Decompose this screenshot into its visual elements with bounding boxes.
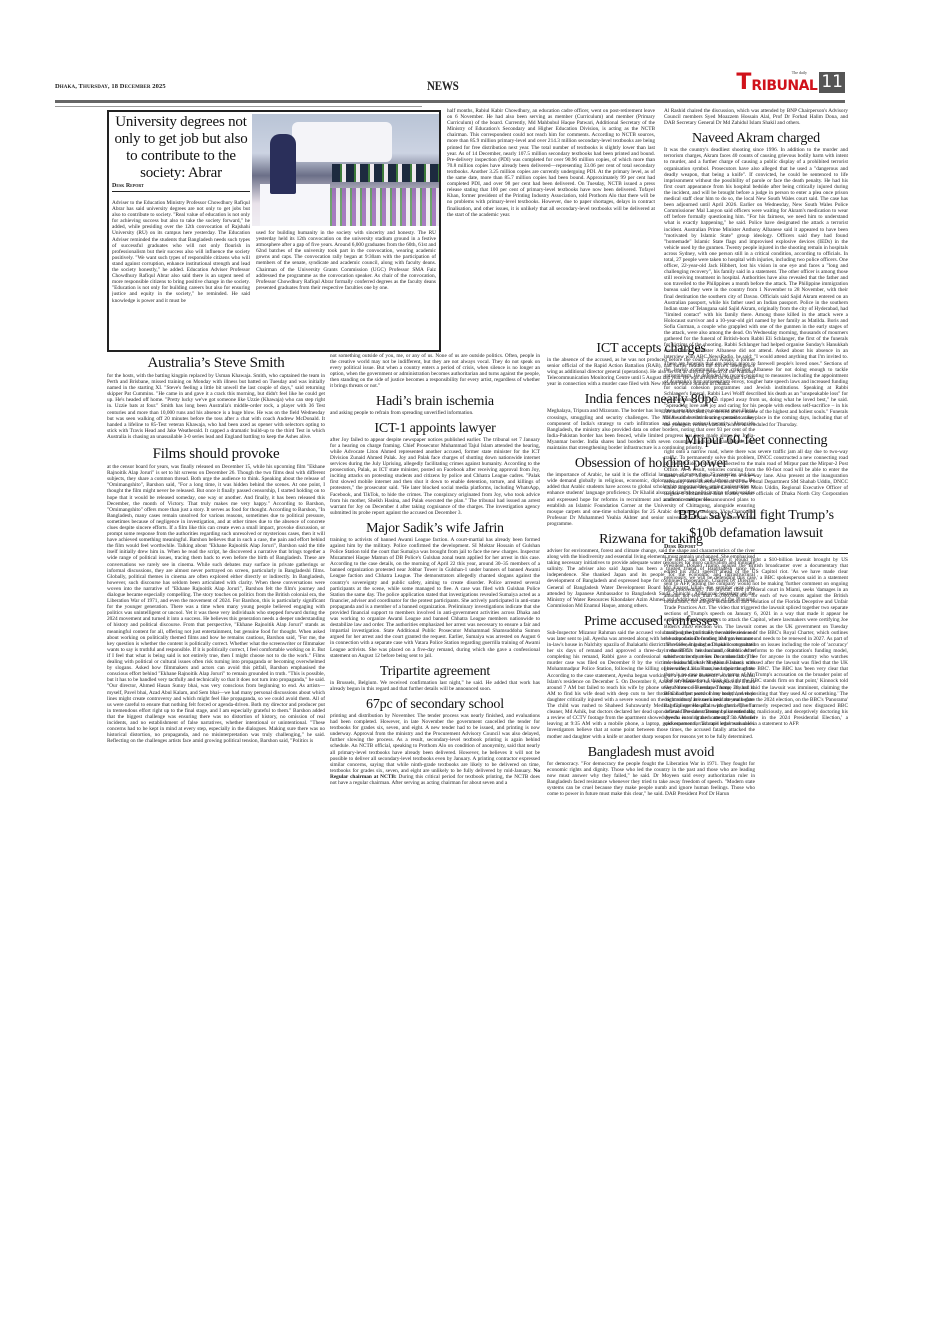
headline-bbc: BBC says will fight Trump’s $10b defamat… xyxy=(664,507,848,543)
body-nctb-continued: half months, Rabiul Kabir Chowdhury, an … xyxy=(447,108,655,218)
page-number: 11 xyxy=(819,72,845,93)
body-films: at the censor board for years, was final… xyxy=(107,464,325,744)
feature-body-right: used for building humanity in the societ… xyxy=(256,230,436,345)
issue-date: Dhaka, Thursday, 18 December 2025 xyxy=(55,83,166,90)
feature-headline: University degrees not only to get job b… xyxy=(112,114,250,182)
feature-body-left: Adviser to the Education Ministry Profes… xyxy=(112,200,250,345)
column-1: Australia’s Steve Smith for the hosts, w… xyxy=(107,353,325,1148)
article-naveed: Naveed Akram charged It was the country'… xyxy=(664,130,848,427)
convocation-photo xyxy=(252,114,439,226)
feature-article: University degrees not only to get job b… xyxy=(107,110,441,352)
logo-wordmark: RIBUNAL xyxy=(751,79,817,93)
column-4: Al Rashid chaired the discussion, which … xyxy=(664,108,848,1218)
newspaper-logo: The daily T RIBUNAL 11 xyxy=(736,72,845,93)
body-bbc: The BBC said on Tuesday it would fight a… xyxy=(664,557,848,728)
masthead: Dhaka, Thursday, 18 December 2025 NEWS T… xyxy=(55,76,845,96)
article-steve-smith: Australia’s Steve Smith for the hosts, w… xyxy=(107,353,325,440)
headline-naveed: Naveed Akram charged xyxy=(664,130,848,147)
article-bbc: BBC says will fight Trump’s $10b defamat… xyxy=(664,507,848,727)
logo-initial: T xyxy=(736,73,751,93)
headline-films: Films should provoke xyxy=(107,444,325,464)
article-films: Films should provoke at the censor board… xyxy=(107,444,325,744)
logo-tagline: The daily xyxy=(792,70,807,75)
body-steve-smith: for the hosts, with the batting kingpin … xyxy=(107,373,325,440)
headline-mirpur: Mirpur 60-feet connecting xyxy=(664,432,848,449)
body-naveed: It was the country's deadliest shooting … xyxy=(664,147,848,427)
headline-steve-smith: Australia’s Steve Smith xyxy=(107,353,325,373)
article-mirpur: Mirpur 60-feet connecting right onto a n… xyxy=(664,432,848,504)
section-title: NEWS xyxy=(427,78,459,94)
body-mirpur: right onto a narrow road, where there wa… xyxy=(664,449,848,504)
masthead-rule xyxy=(55,100,845,103)
bbc-byline: Desk Report xyxy=(664,544,848,553)
masthead-subrule xyxy=(55,106,422,107)
body-dab-continued: Al Rashid chaired the discussion, which … xyxy=(664,108,848,126)
feature-byline: Desk Report xyxy=(112,183,250,192)
